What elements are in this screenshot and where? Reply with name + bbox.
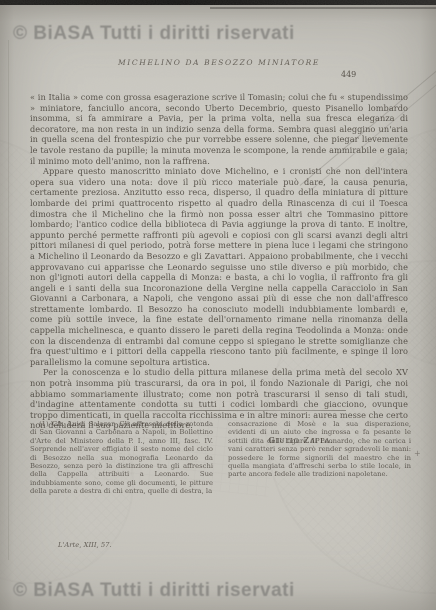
running-head-title: MICHELINO DA BESOZZO MINIATORE — [30, 58, 408, 67]
scan-edge-bar — [0, 0, 436, 5]
scanned-journal-page: © BiASA Tutti i diritti riservati © BiAS… — [0, 0, 436, 610]
footnote-text-right: consacrazione di Mosè e la sua disperazi… — [228, 420, 411, 479]
copyright-watermark-top: © BiASA Tutti i diritti riservati — [13, 23, 295, 45]
article-body: « in Italia » come con grossa esagerazio… — [30, 92, 408, 446]
margin-plus-mark: + — [414, 449, 421, 458]
paragraph-1: « in Italia » come con grossa esagerazio… — [30, 92, 408, 166]
footnotes: (1) Cfr. Luigi Salazar, Gli affreschi de… — [30, 420, 412, 496]
footnote-separator-rule — [48, 410, 346, 411]
journal-footer: L'Arte, XIII, 57. — [58, 541, 112, 549]
paragraph-2: Appare questo manoscritto miniato dove M… — [30, 166, 408, 367]
page-number: 449 — [341, 70, 356, 79]
crease-left-vertical — [8, 40, 9, 560]
footnote-text-left: (1) Cfr. Luigi Salazar, Gli affreschi de… — [30, 420, 213, 496]
copyright-watermark-bottom: © BiASA Tutti i diritti riservati — [13, 580, 295, 602]
footnote-column-right: consacrazione di Mosè e la sua disperazi… — [228, 420, 411, 496]
scan-edge-bar-secondary — [210, 7, 436, 9]
footnote-column-left: (1) Cfr. Luigi Salazar, Gli affreschi de… — [30, 420, 213, 496]
